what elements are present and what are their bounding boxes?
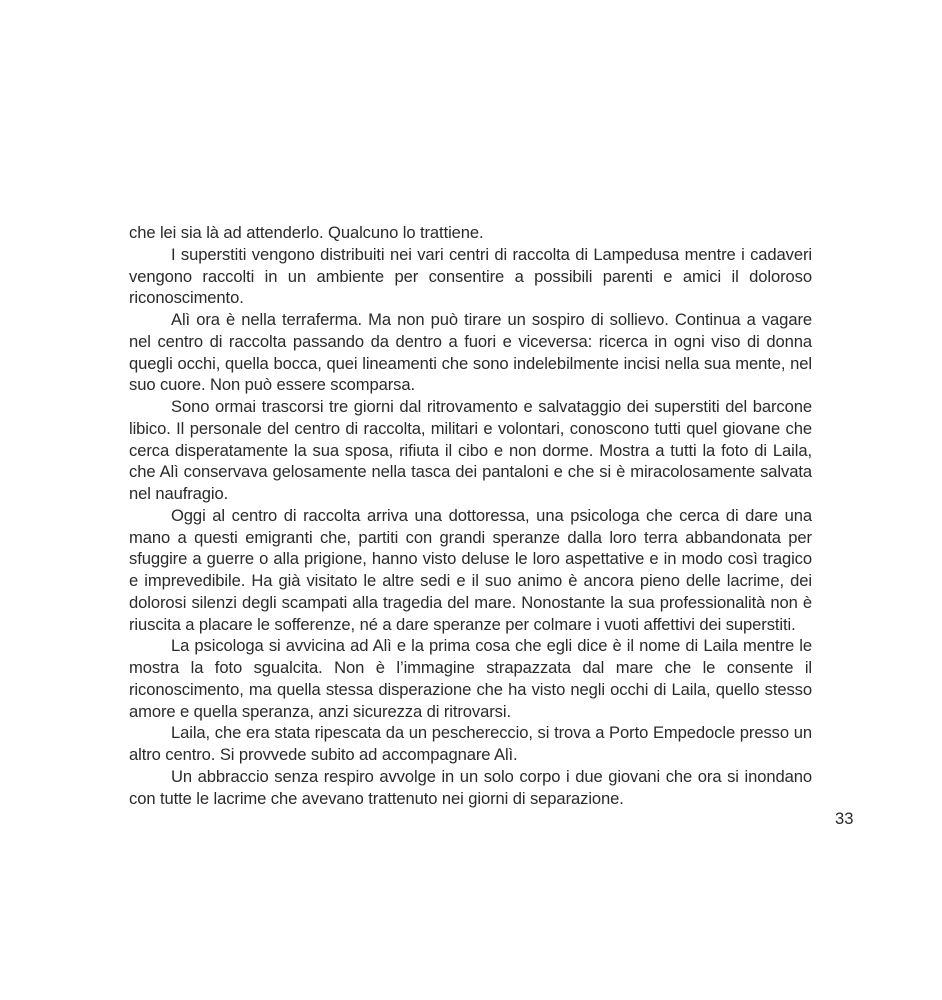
paragraph: Oggi al centro di raccolta arriva una do… xyxy=(129,505,812,636)
paragraph: Alì ora è nella terraferma. Ma non può t… xyxy=(129,309,812,396)
page-number: 33 xyxy=(835,808,853,830)
paragraph: La psicologa si avvicina ad Alì e la pri… xyxy=(129,635,812,722)
body-text: che lei sia là ad attenderlo. Qualcuno l… xyxy=(129,222,812,809)
paragraph-continuation: che lei sia là ad attenderlo. Qualcuno l… xyxy=(129,222,812,244)
paragraph: Laila, che era stata ripescata da un pes… xyxy=(129,722,812,766)
paragraph: Un abbraccio senza respiro avvolge in un… xyxy=(129,766,812,810)
paragraph: I superstiti vengono distribuiti nei var… xyxy=(129,244,812,309)
document-page: che lei sia là ad attenderlo. Qualcuno l… xyxy=(0,0,942,1000)
paragraph: Sono ormai trascorsi tre giorni dal ritr… xyxy=(129,396,812,505)
